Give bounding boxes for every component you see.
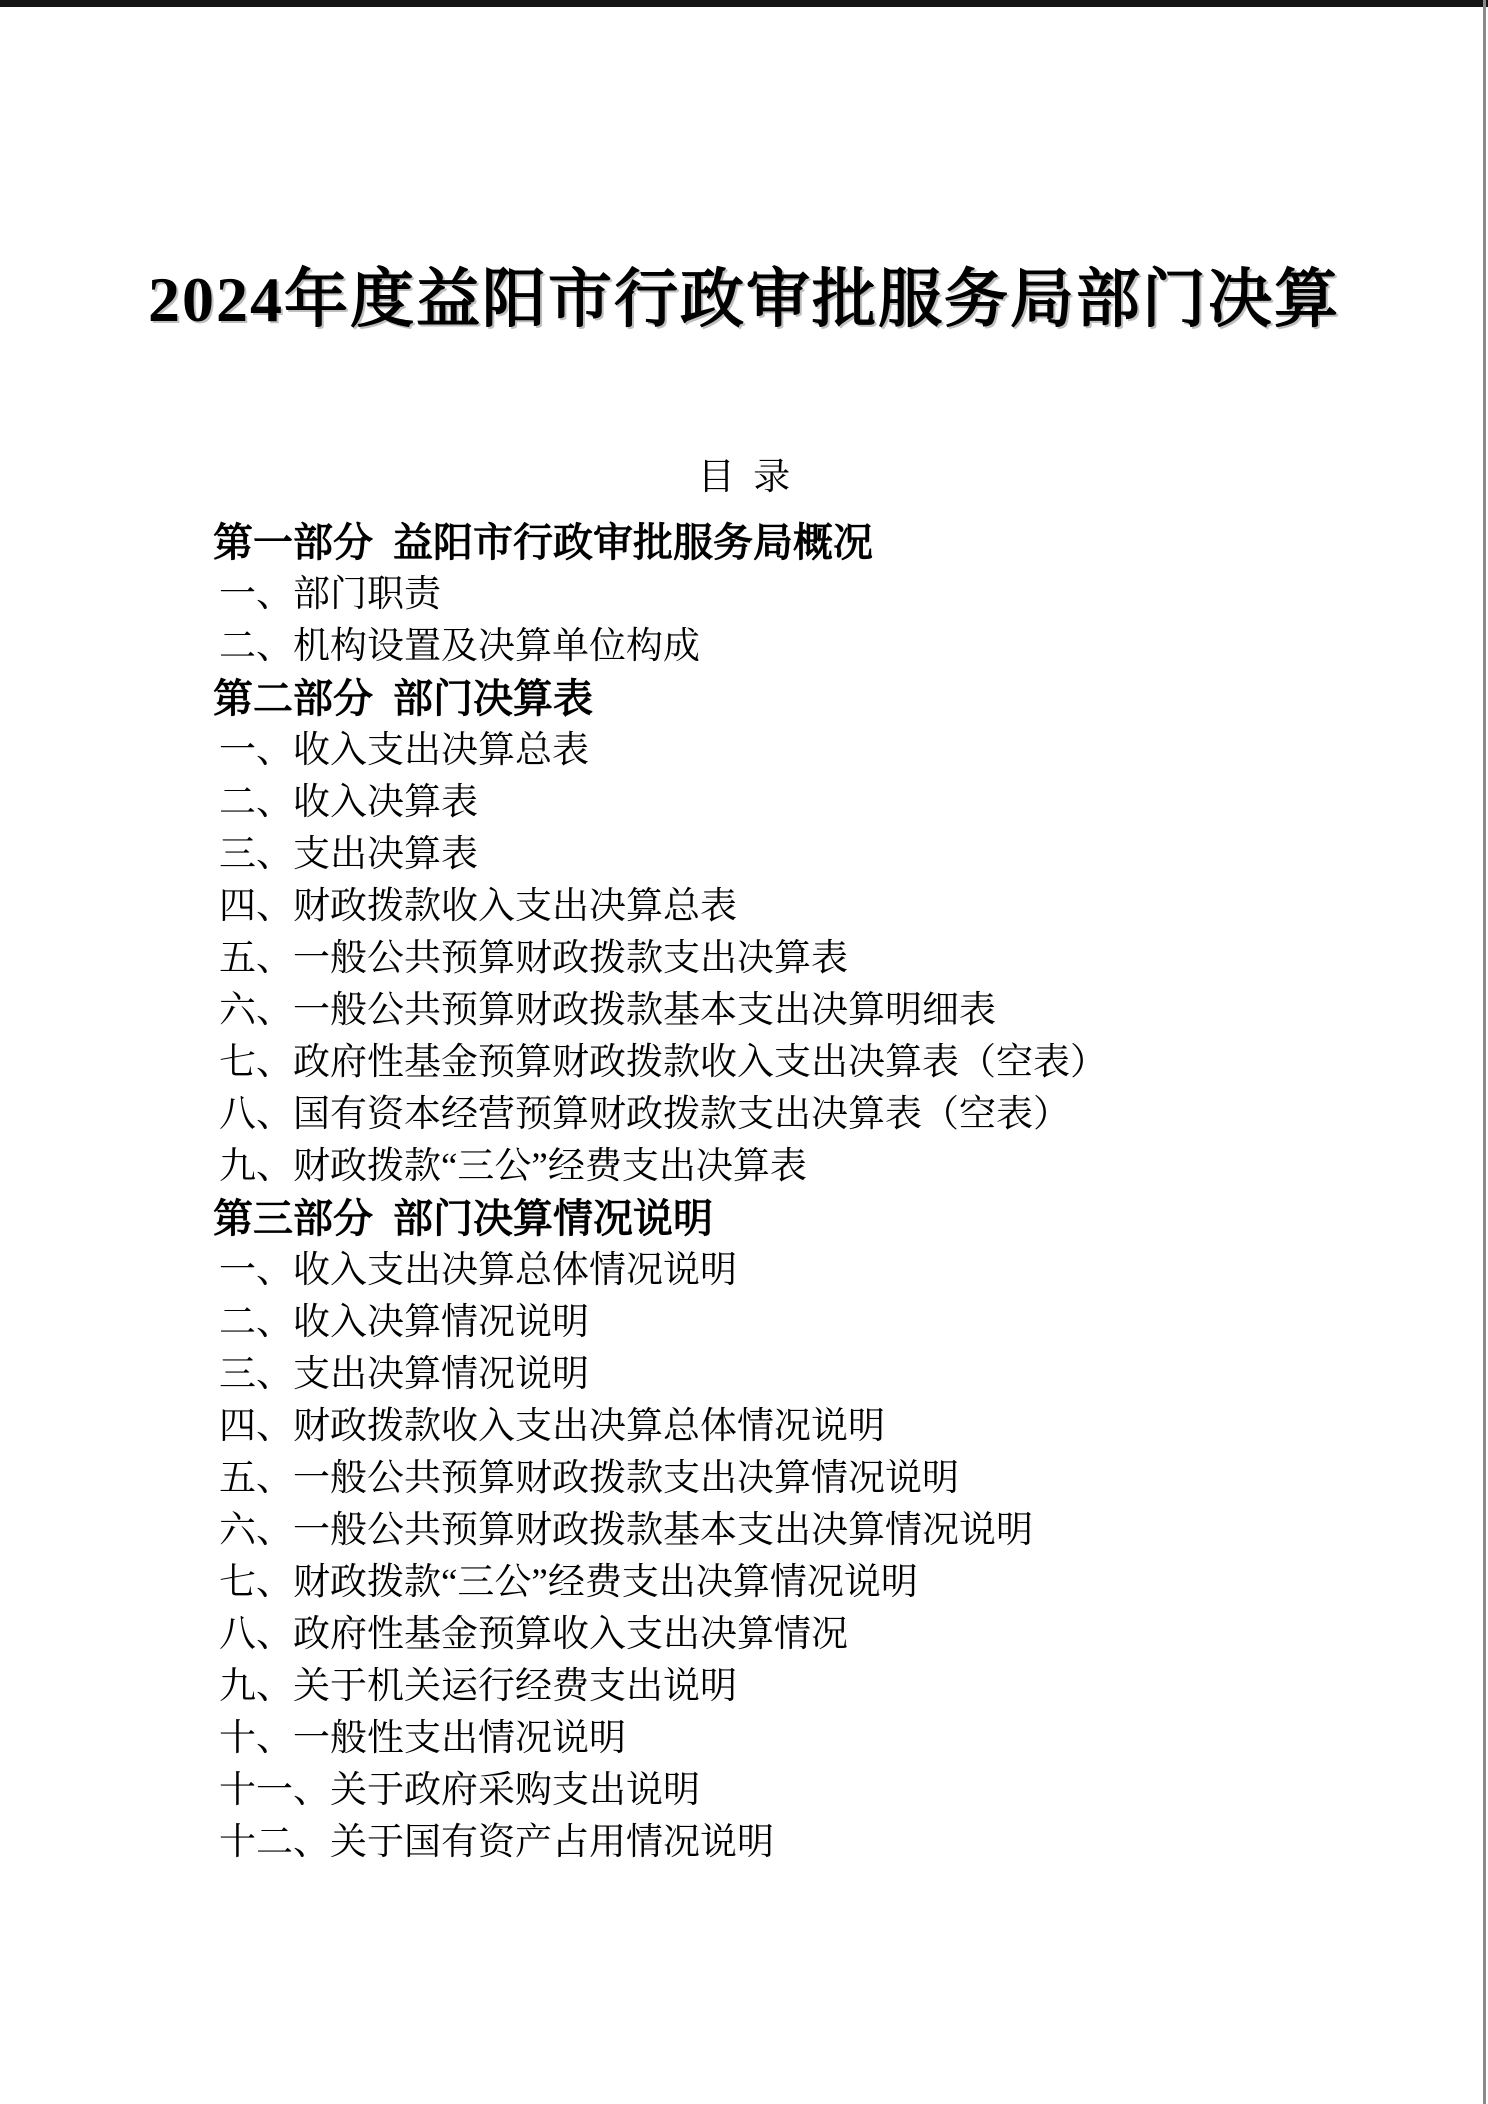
- toc-item: 八、政府性基金预算收入支出决算情况: [213, 1609, 1363, 1661]
- toc-item: 九、财政拨款“三公”经费支出决算表: [213, 1141, 1363, 1193]
- toc-item: 四、财政拨款收入支出决算总表: [213, 881, 1363, 933]
- toc-item: 六、一般公共预算财政拨款基本支出决算情况说明: [213, 1505, 1363, 1557]
- toc-item: 七、政府性基金预算财政拨款收入支出决算表（空表）: [213, 1037, 1363, 1089]
- toc-item: 八、国有资本经营预算财政拨款支出决算表（空表）: [213, 1089, 1363, 1141]
- toc-item: 五、一般公共预算财政拨款支出决算表: [213, 933, 1363, 985]
- toc-item: 二、机构设置及决算单位构成: [213, 621, 1363, 673]
- toc-item: 一、收入支出决算总表: [213, 725, 1363, 777]
- toc-item: 一、部门职责: [213, 569, 1363, 621]
- toc-heading: 目 录: [0, 446, 1488, 500]
- document-title: 2024年度益阳市行政审批服务局部门决算: [0, 248, 1488, 340]
- toc-item: 六、一般公共预算财政拨款基本支出决算明细表: [213, 985, 1363, 1037]
- toc-item: 二、收入决算表: [213, 777, 1363, 829]
- toc-section-heading-part2: 第二部分 部门决算表: [213, 673, 1363, 725]
- toc-item: 三、支出决算表: [213, 829, 1363, 881]
- toc-item: 四、财政拨款收入支出决算总体情况说明: [213, 1401, 1363, 1453]
- toc-item: 五、一般公共预算财政拨款支出决算情况说明: [213, 1453, 1363, 1505]
- toc-item: 三、支出决算情况说明: [213, 1349, 1363, 1401]
- toc-section-heading-part1: 第一部分 益阳市行政审批服务局概况: [213, 517, 1363, 569]
- toc-item: 十、一般性支出情况说明: [213, 1713, 1363, 1765]
- toc-item: 十二、关于国有资产占用情况说明: [213, 1817, 1363, 1869]
- toc-section-heading-part3: 第三部分 部门决算情况说明: [213, 1193, 1363, 1245]
- toc-item: 七、财政拨款“三公”经费支出决算情况说明: [213, 1557, 1363, 1609]
- toc-item: 一、收入支出决算总体情况说明: [213, 1245, 1363, 1297]
- toc-item: 二、收入决算情况说明: [213, 1297, 1363, 1349]
- toc-item: 十一、关于政府采购支出说明: [213, 1765, 1363, 1817]
- table-of-contents: 第一部分 益阳市行政审批服务局概况 一、部门职责 二、机构设置及决算单位构成 第…: [213, 517, 1363, 1869]
- toc-item: 九、关于机关运行经费支出说明: [213, 1661, 1363, 1713]
- page-top-border: [0, 0, 1488, 7]
